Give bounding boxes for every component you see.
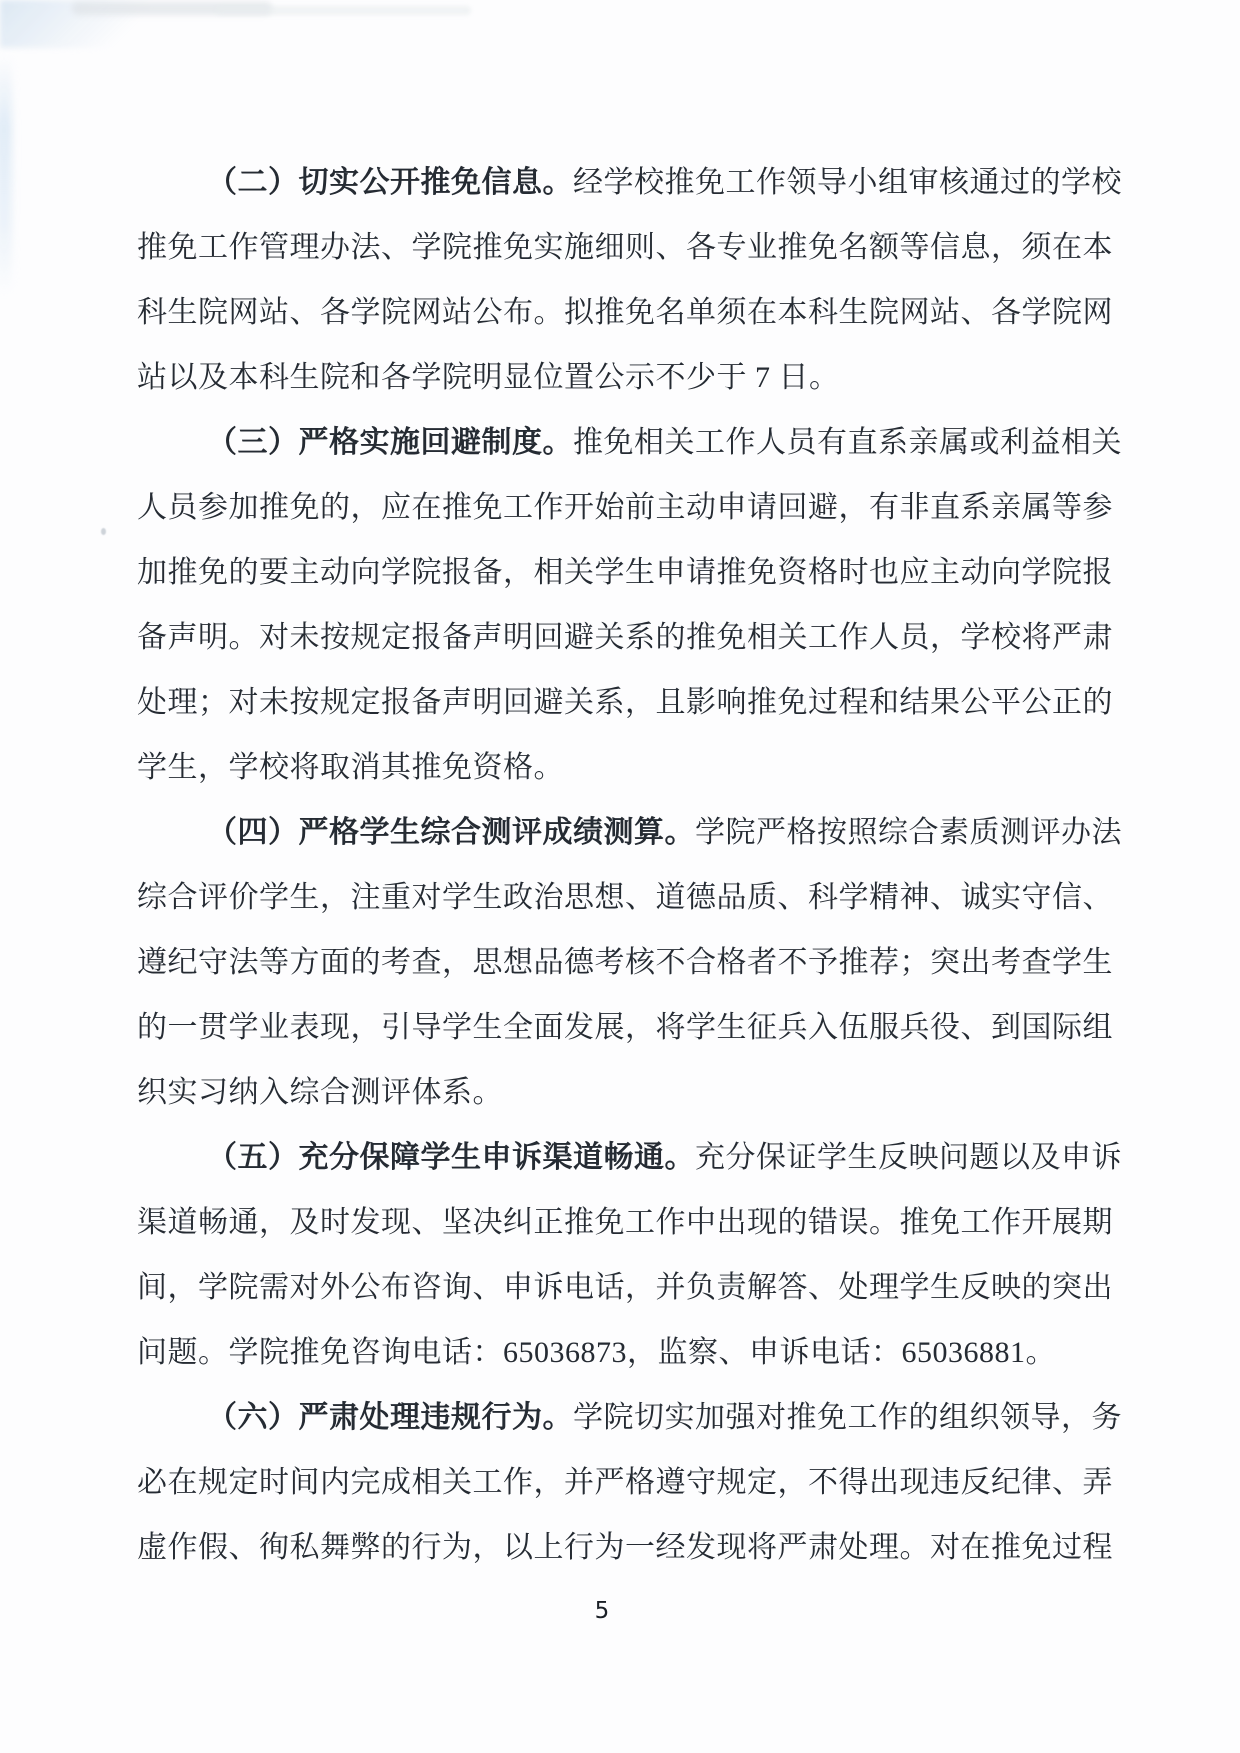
text-line: 加推免的要主动向学院报备，相关学生申请推免资格时也应主动向学院报: [137, 540, 1067, 605]
scan-streak-top-2: [216, 6, 471, 15]
line-text: 处理；对未按规定报备声明回避关系，且影响推免过程和结果公平公正的: [137, 686, 1113, 719]
line-text: 推免相关工作人员有直系亲属或利益相关: [573, 426, 1122, 459]
section-heading: （四）严格学生综合测评成绩测算。: [207, 816, 695, 849]
page-number: 5: [137, 1598, 1067, 1624]
text-line: 站以及本科生院和各学院明显位置公示不少于 7 日。: [137, 345, 1067, 410]
text-line: 的一贯学业表现，引导学生全面发展，将学生征兵入伍服兵役、到国际组: [137, 995, 1067, 1060]
line-text: 综合评价学生，注重对学生政治思想、道德品质、科学精神、诚实守信、: [137, 881, 1113, 914]
text-line: （二）切实公开推免信息。经学校推免工作领导小组审核通过的学校: [137, 150, 1067, 215]
line-text: 的一贯学业表现，引导学生全面发展，将学生征兵入伍服兵役、到国际组: [137, 1011, 1113, 1044]
section-heading: （二）切实公开推免信息。: [207, 166, 573, 199]
text-line: （四）严格学生综合测评成绩测算。学院严格按照综合素质测评办法: [137, 800, 1067, 865]
line-text: 学生，学校将取消其推免资格。: [137, 751, 564, 784]
text-line: 处理；对未按规定报备声明回避关系，且影响推免过程和结果公平公正的: [137, 670, 1067, 735]
text-line: 科生院网站、各学院网站公布。拟推免名单须在本科生院网站、各学院网: [137, 280, 1067, 345]
line-text: 渠道畅通，及时发现、坚决纠正推免工作中出现的错误。推免工作开展期: [137, 1206, 1113, 1239]
text-line: 必在规定时间内完成相关工作，并严格遵守规定，不得出现违反纪律、弄: [137, 1450, 1067, 1515]
text-line: 人员参加推免的，应在推免工作开始前主动申请回避，有非直系亲属等参: [137, 475, 1067, 540]
line-text: 学院切实加强对推免工作的组织领导，务: [573, 1401, 1122, 1434]
line-text: 充分保证学生反映问题以及申诉: [695, 1141, 1122, 1174]
line-text: 学院严格按照综合素质测评办法: [695, 816, 1122, 849]
line-text: 推免工作管理办法、学院推免实施细则、各专业推免名额等信息，须在本: [137, 231, 1113, 264]
text-line: （六）严肃处理违规行为。学院切实加强对推免工作的组织领导，务: [137, 1385, 1067, 1450]
text-line: 推免工作管理办法、学院推免实施细则、各专业推免名额等信息，须在本: [137, 215, 1067, 280]
document-page: （二）切实公开推免信息。经学校推免工作领导小组审核通过的学校推免工作管理办法、学…: [0, 0, 1240, 1753]
text-line: 综合评价学生，注重对学生政治思想、道德品质、科学精神、诚实守信、: [137, 865, 1067, 930]
section-heading: （三）严格实施回避制度。: [207, 426, 573, 459]
line-text: 遵纪守法等方面的考查，思想品德考核不合格者不予推荐；突出考查学生: [137, 946, 1113, 979]
document-body: （二）切实公开推免信息。经学校推免工作领导小组审核通过的学校推免工作管理办法、学…: [137, 150, 1067, 1580]
scan-streak-left-edge: [0, 55, 12, 295]
text-line: 间，学院需对外公布咨询、申诉电话，并负责解答、处理学生反映的突出: [137, 1255, 1067, 1320]
text-line: 问题。学院推免咨询电话：65036873，监察、申诉电话：65036881。: [137, 1320, 1067, 1385]
line-text: 必在规定时间内完成相关工作，并严格遵守规定，不得出现违反纪律、弄: [137, 1466, 1113, 1499]
line-text: 科生院网站、各学院网站公布。拟推免名单须在本科生院网站、各学院网: [137, 296, 1113, 329]
line-text: 人员参加推免的，应在推免工作开始前主动申请回避，有非直系亲属等参: [137, 491, 1113, 524]
text-line: 遵纪守法等方面的考查，思想品德考核不合格者不予推荐；突出考查学生: [137, 930, 1067, 995]
scan-smudge-top-left: [0, 0, 150, 48]
line-text: 虚作假、徇私舞弊的行为，以上行为一经发现将严肃处理。对在推免过程: [137, 1531, 1113, 1564]
line-text: 站以及本科生院和各学院明显位置公示不少于 7 日。: [137, 361, 840, 394]
line-text: 织实习纳入综合测评体系。: [137, 1076, 503, 1109]
text-line: （三）严格实施回避制度。推免相关工作人员有直系亲属或利益相关: [137, 410, 1067, 475]
scan-streak-top-1: [72, 2, 272, 15]
line-text: 经学校推免工作领导小组审核通过的学校: [573, 166, 1122, 199]
text-line: （五）充分保障学生申诉渠道畅通。充分保证学生反映问题以及申诉: [137, 1125, 1067, 1190]
line-text: 间，学院需对外公布咨询、申诉电话，并负责解答、处理学生反映的突出: [137, 1271, 1113, 1304]
text-line: 织实习纳入综合测评体系。: [137, 1060, 1067, 1125]
line-text: 加推免的要主动向学院报备，相关学生申请推免资格时也应主动向学院报: [137, 556, 1113, 589]
text-line: 渠道畅通，及时发现、坚决纠正推免工作中出现的错误。推免工作开展期: [137, 1190, 1067, 1255]
section-heading: （五）充分保障学生申诉渠道畅通。: [207, 1141, 695, 1174]
text-line: 虚作假、徇私舞弊的行为，以上行为一经发现将严肃处理。对在推免过程: [137, 1515, 1067, 1580]
text-line: 备声明。对未按规定报备声明回避关系的推免相关工作人员，学校将严肃: [137, 605, 1067, 670]
scan-speck: [101, 528, 106, 535]
line-text: 备声明。对未按规定报备声明回避关系的推免相关工作人员，学校将严肃: [137, 621, 1113, 654]
text-line: 学生，学校将取消其推免资格。: [137, 735, 1067, 800]
section-heading: （六）严肃处理违规行为。: [207, 1401, 573, 1434]
line-text: 问题。学院推免咨询电话：65036873，监察、申诉电话：65036881。: [137, 1336, 1056, 1369]
